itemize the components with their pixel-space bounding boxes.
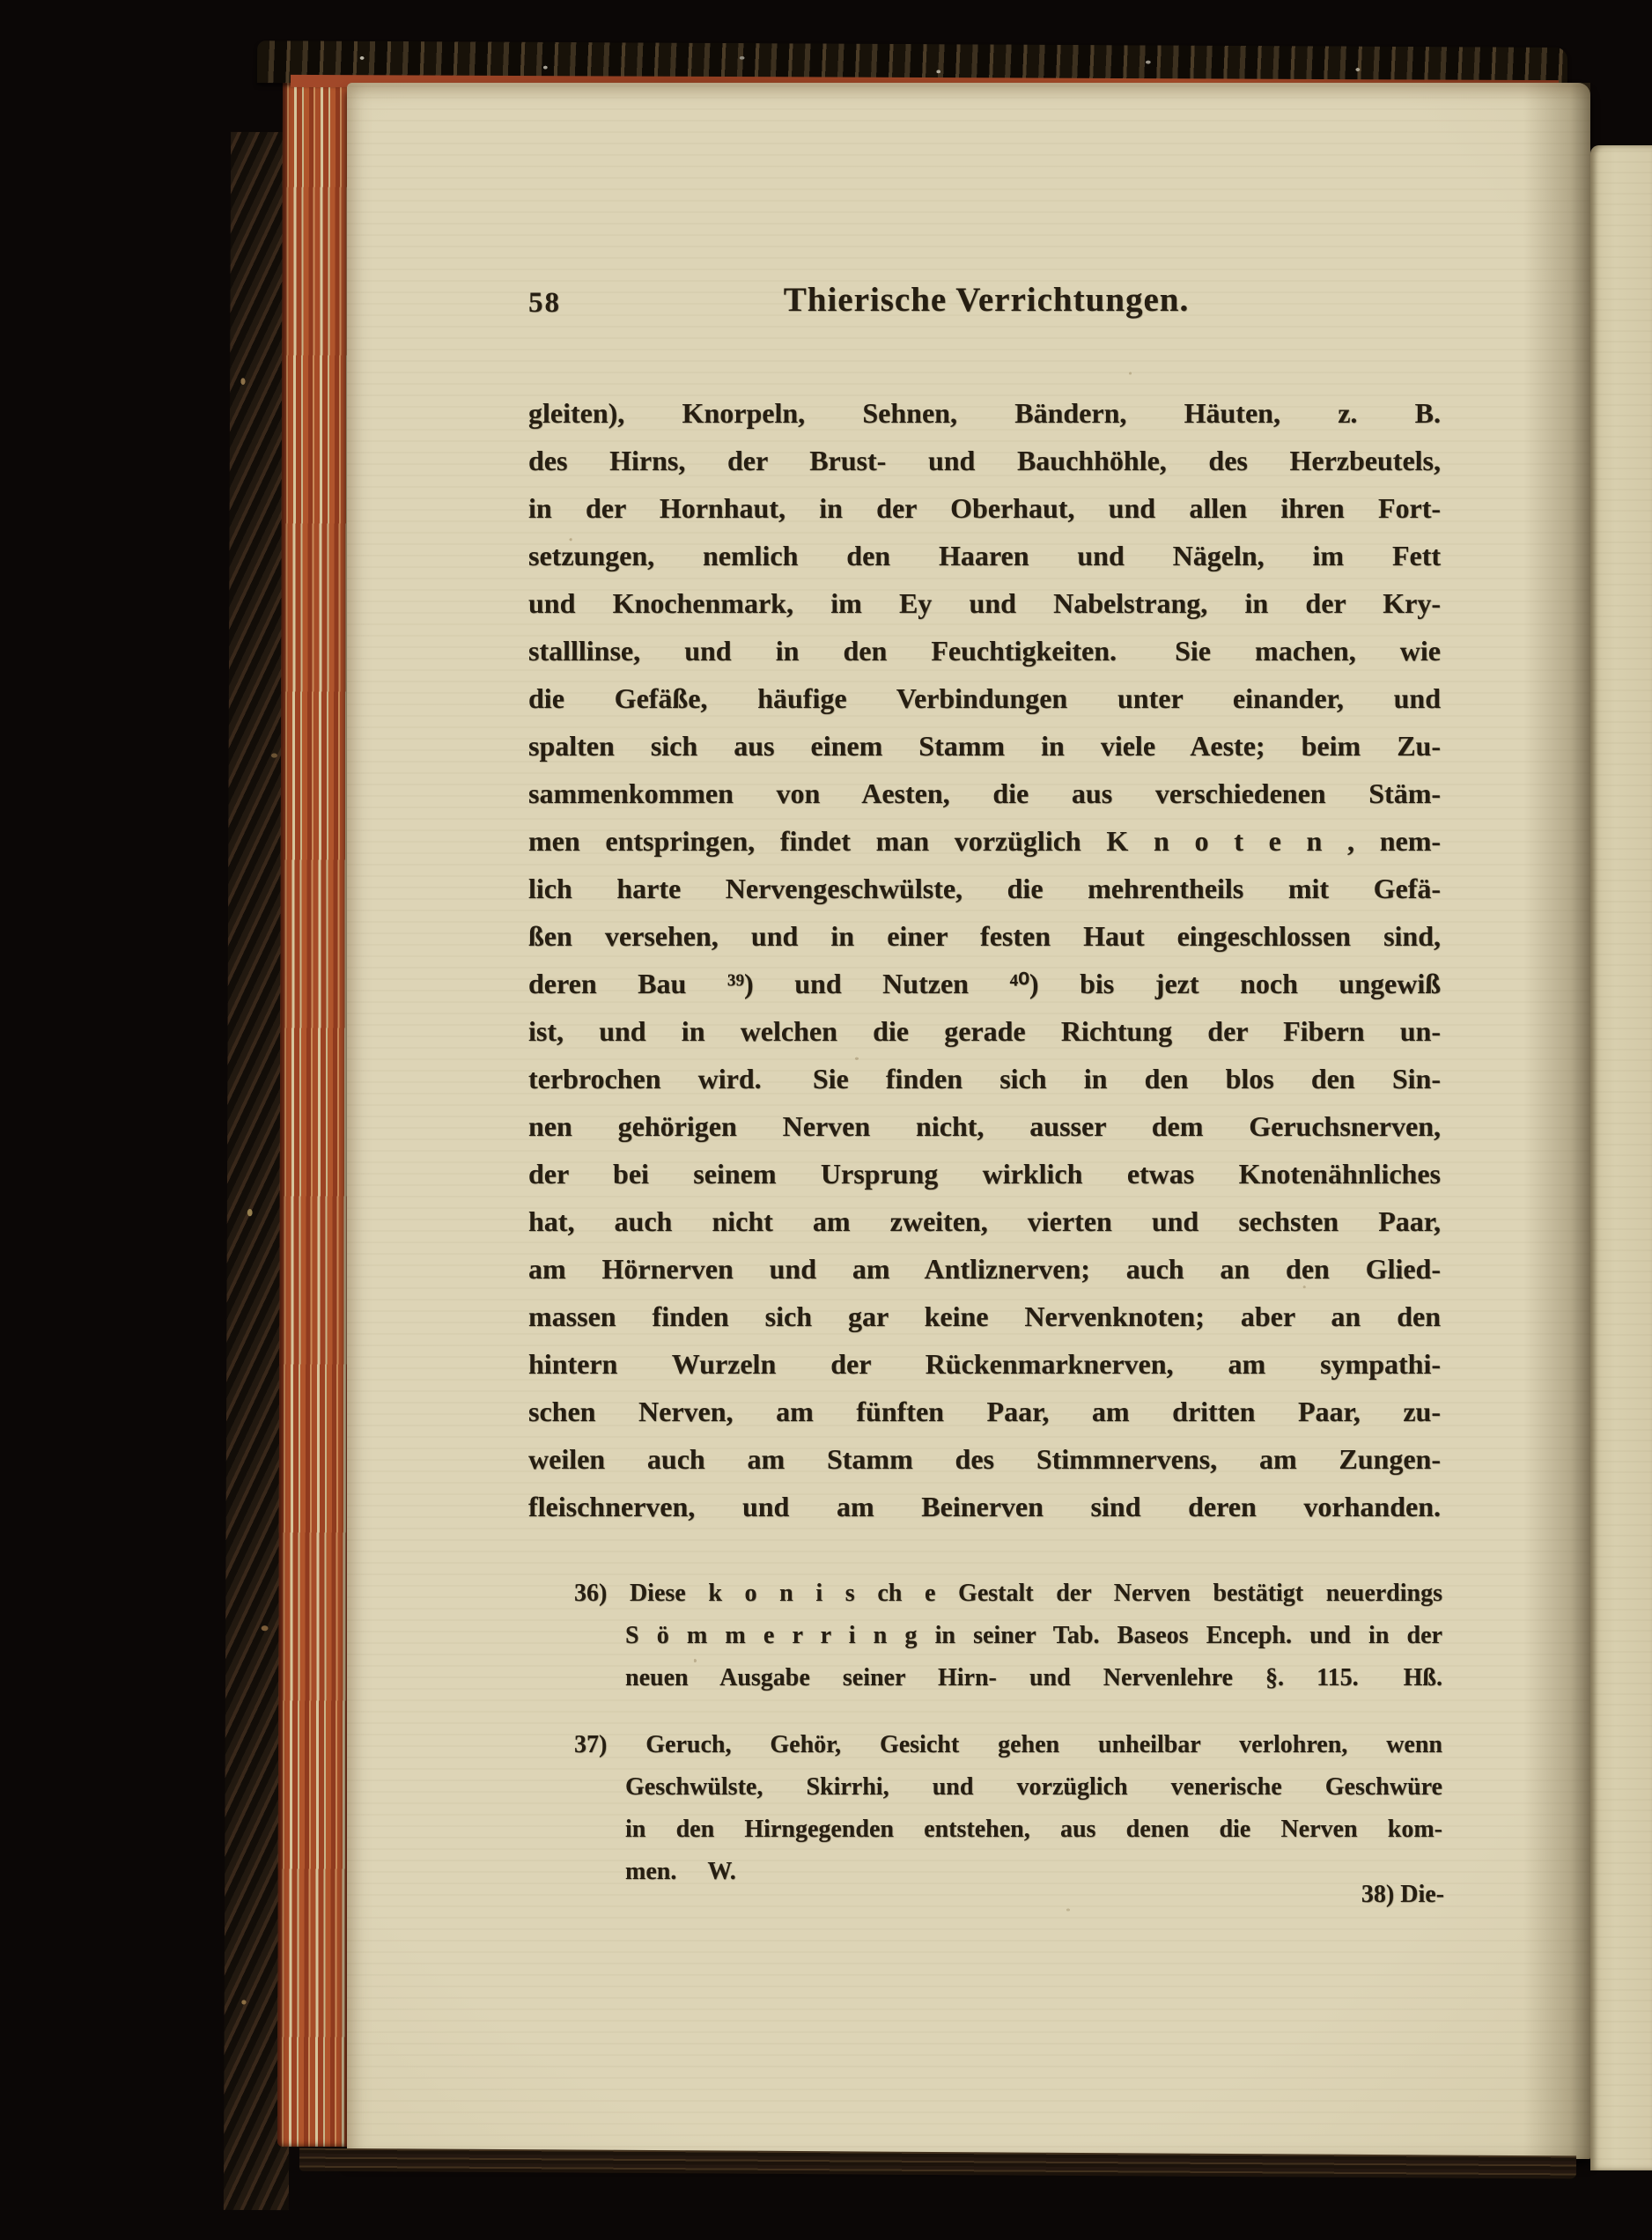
body-line: lich harte Nervengeschwülste, die mehren…: [528, 865, 1441, 912]
body-line: setzungen, nemlich den Haaren und Nägeln…: [528, 532, 1441, 579]
body-line: stalllinse, und in den Feuchtigkeiten. S…: [528, 627, 1441, 674]
fore-edge-page-stack: [277, 77, 357, 2147]
footnote-line: in den Hirngegenden entstehen, aus denen…: [574, 1809, 1442, 1851]
footnote-37: 37) Geruch, Gehör, Gesicht gehen unheilb…: [574, 1724, 1442, 1893]
footnote-line: 36) Diese k o n i s ch e Gestalt der Ner…: [574, 1573, 1442, 1615]
footnote-line: Geschwülste, Skirrhi, und vorzüglich ven…: [574, 1766, 1442, 1809]
body-line: ist, und in welchen die gerade Richtung …: [528, 1007, 1441, 1055]
body-line: deren Bau ³⁹) und Nutzen ⁴⁰) bis jezt no…: [528, 960, 1441, 1007]
body-line: und Knochenmark, im Ey und Nabelstrang, …: [528, 579, 1441, 627]
page-number: 58: [528, 287, 561, 320]
next-page-edge: [1590, 145, 1652, 2170]
footnote-line: 37) Geruch, Gehör, Gesicht gehen unheilb…: [574, 1724, 1442, 1766]
body-line: men entspringen, findet man vorzüglich K…: [528, 817, 1441, 865]
body-line: spalten sich aus einem Stamm in viele Ae…: [528, 722, 1441, 770]
body-line: nen gehörigen Nerven nicht, ausser dem G…: [528, 1102, 1441, 1150]
body-line: die Gefäße, häufige Verbindungen unter e…: [528, 674, 1441, 722]
body-line: am Hörnerven und am Antliznerven; auch a…: [528, 1245, 1441, 1293]
footnote-line: neuen Ausgabe seiner Hirn- und Nervenleh…: [574, 1657, 1442, 1699]
running-header: Thierische Verrichtungen.: [669, 280, 1303, 320]
footnote-line: S ö m m e r r i n g in seiner Tab. Baseo…: [574, 1615, 1442, 1657]
catchword: 38) Die-: [1057, 1881, 1444, 1909]
body-line: des Hirns, der Brust- und Bauchhöhle, de…: [528, 437, 1441, 484]
body-line: der bei seinem Ursprung wirklich etwas K…: [528, 1150, 1441, 1197]
body-line: weilen auch am Stamm des Stimmnervens, a…: [528, 1435, 1441, 1483]
body-line: hintern Wurzeln der Rückenmarknerven, am…: [528, 1340, 1441, 1388]
gutter-crease: [1523, 83, 1590, 2159]
body-line: in der Hornhaut, in der Oberhaut, und al…: [528, 484, 1441, 532]
body-line: massen finden sich gar keine Nervenknote…: [528, 1293, 1441, 1340]
body-line: schen Nerven, am fünften Paar, am dritte…: [528, 1388, 1441, 1435]
footnote-36: 36) Diese k o n i s ch e Gestalt der Ner…: [574, 1573, 1442, 1699]
body-line: sammenkommen von Aesten, die aus verschi…: [528, 770, 1441, 817]
body-text: gleiten), Knorpeln, Sehnen, Bändern, Häu…: [528, 389, 1441, 1530]
body-line: fleischnerven, und am Beinerven sind der…: [528, 1483, 1441, 1530]
body-line: hat, auch nicht am zweiten, vierten und …: [528, 1197, 1441, 1245]
book-scan-page: { "page": { "number": "58", "running_hea…: [0, 0, 1652, 2240]
body-line: gleiten), Knorpeln, Sehnen, Bändern, Häu…: [528, 389, 1441, 437]
body-line: terbrochen wird. Sie finden sich in den …: [528, 1055, 1441, 1102]
body-line: ßen versehen, und in einer festen Haut e…: [528, 912, 1441, 960]
